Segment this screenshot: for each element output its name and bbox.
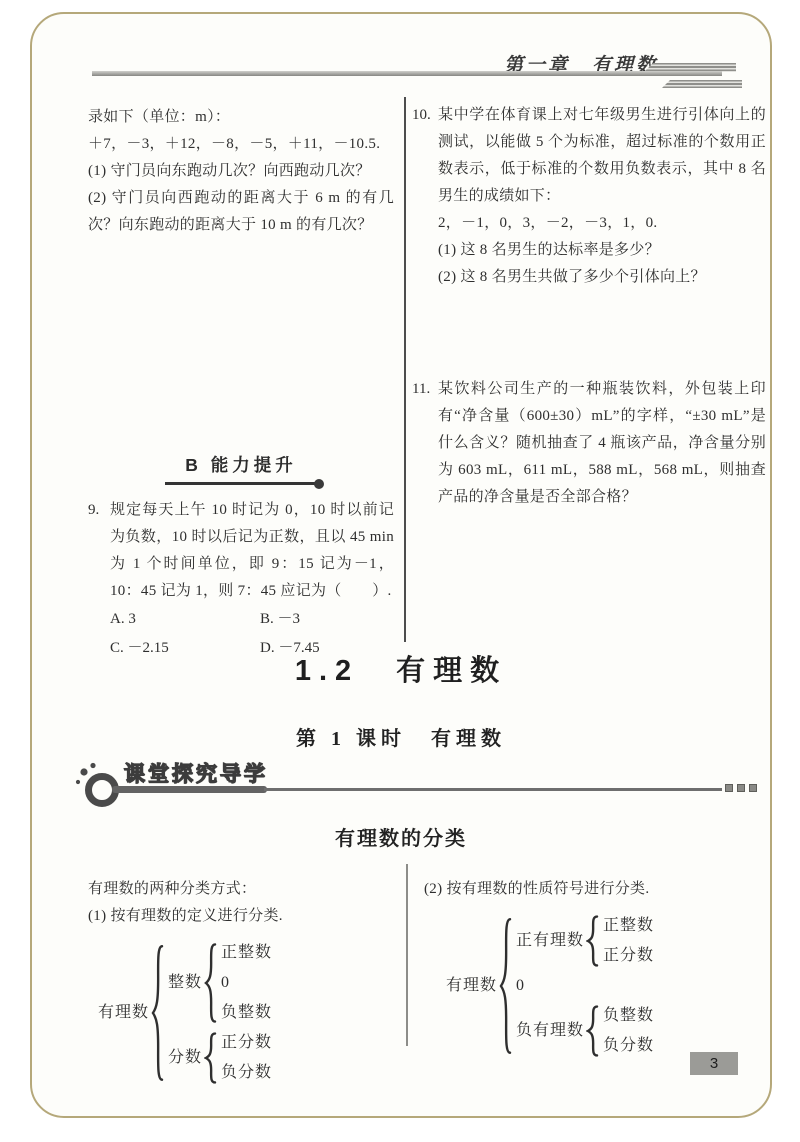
tree-node: 正整数	[603, 911, 654, 941]
tree-children: 负整数负分数	[603, 1001, 654, 1061]
tree-label: 负有理数	[516, 1016, 584, 1046]
tree-children: 正整数0负整数	[221, 938, 272, 1028]
tree-children: 正整数正分数	[603, 911, 654, 971]
tree-label: 正分数	[221, 1028, 272, 1058]
problem-11-text: 某饮料公司生产的一种瓶装饮料，外包装上印有“净含量（600±30）mL”的字样，…	[438, 376, 766, 511]
book-page: 第一章 有理数 录如下（单位：m）： ＋7，－3，＋12，－8，－5，＋11，－…	[30, 12, 772, 1118]
banner-end-squares-icon	[725, 784, 757, 792]
tree-node: 有理数整数正整数0负整数分数正分数负分数	[98, 938, 398, 1088]
problem-9-number: 9.	[88, 497, 110, 663]
lesson-title: 第 1 课时 有理数	[32, 722, 770, 751]
tree-node: 0	[221, 968, 272, 998]
tree-node: 负整数	[603, 1001, 654, 1031]
header-hatch-decoration-2	[662, 80, 742, 88]
tree-node: 正整数	[221, 938, 272, 968]
brace-icon	[586, 1005, 599, 1057]
problem-11-number: 11.	[412, 376, 438, 511]
square-icon	[725, 784, 733, 792]
tree-label: 有理数	[98, 998, 149, 1028]
section-b-heading: B 能力提升	[165, 452, 317, 485]
problem-9-text: 规定每天上午 10 时记为 0，10 时以前记为负数，10 时以后记为正数，且以…	[110, 497, 394, 605]
brace-icon	[151, 942, 164, 1084]
tree-node: 有理数正有理数正整数正分数0负有理数负整数负分数	[446, 911, 764, 1061]
tree-label: 分数	[168, 1043, 202, 1073]
problem-10-text: 某中学在体育课上对七年级男生进行引体向上的测试，以能做 5 个为标准，超过标准的…	[438, 102, 766, 210]
classification-intro: 有理数的两种分类方式：	[88, 876, 398, 903]
exercise-continuation-text: 录如下（单位：m）： ＋7，－3，＋12，－8，－5，＋11，－10.5. (1…	[88, 104, 394, 239]
tree-node: 负分数	[221, 1058, 272, 1088]
problem-11: 11. 某饮料公司生产的一种瓶装饮料，外包装上印有“净含量（600±30）mL”…	[412, 376, 766, 511]
brace-icon	[204, 1032, 217, 1084]
brace-icon	[499, 915, 512, 1057]
banner-title: 课堂探究导学	[124, 758, 268, 788]
problem-9: 9. 规定每天上午 10 时记为 0，10 时以前记为负数，10 时以后记为正数…	[88, 497, 394, 663]
tree-label: 负整数	[221, 998, 272, 1028]
tree-node: 负分数	[603, 1031, 654, 1061]
section-b-ability: B 能力提升 9. 规定每天上午 10 时记为 0，10 时以前记为负数，10 …	[88, 452, 394, 663]
tree-children: 正分数负分数	[221, 1028, 272, 1088]
classification-tree-by-sign: 有理数正有理数正整数正分数0负有理数负整数负分数	[446, 911, 764, 1061]
method-1-label: (1) 按有理数的定义进行分类.	[88, 903, 398, 930]
tree-label: 正整数	[603, 911, 654, 941]
section-b-heading-label: B 能力提升	[185, 455, 297, 475]
tree-label: 负整数	[603, 1001, 654, 1031]
tree-node: 正分数	[221, 1028, 272, 1058]
tree-label: 正有理数	[516, 926, 584, 956]
square-icon	[749, 784, 757, 792]
topic-heading: 有理数的分类	[32, 822, 770, 851]
tree-label: 负分数	[221, 1058, 272, 1088]
tree-children: 整数正整数0负整数分数正分数负分数	[168, 938, 272, 1088]
tree-label: 正分数	[603, 941, 654, 971]
option-b: B. －3	[260, 605, 394, 634]
section-b-heading-wrap: B 能力提升	[88, 452, 394, 485]
tree-label: 整数	[168, 968, 202, 998]
tree-node: 正分数	[603, 941, 654, 971]
tree-children: 正有理数正整数正分数0负有理数负整数负分数	[516, 911, 654, 1061]
tree-label: 0	[516, 971, 525, 1001]
brace-icon	[204, 942, 217, 1024]
brace-icon	[586, 915, 599, 967]
tree-node: 0	[516, 971, 654, 1001]
column-divider-bottom	[406, 864, 408, 1046]
underline-dot-icon	[314, 479, 324, 489]
section-title: 1.2 有理数	[32, 648, 770, 689]
problem-10: 10. 某中学在体育课上对七年级男生进行引体向上的测试，以能做 5 个为标准，超…	[412, 102, 766, 291]
square-icon	[737, 784, 745, 792]
problem-10-questions: (1) 这 8 名男生的达标率是多少？ (2) 这 8 名男生共做了多少个引体向…	[438, 237, 766, 291]
tree-label: 有理数	[446, 971, 497, 1001]
tree-node: 整数正整数0负整数	[168, 938, 272, 1028]
column-divider	[404, 97, 406, 642]
page-number: 3	[690, 1052, 738, 1075]
banner-rule	[264, 788, 722, 791]
method-2-label: (2) 按有理数的性质符号进行分类.	[424, 876, 764, 903]
tree-label: 0	[221, 968, 230, 998]
option-a: A. 3	[110, 605, 260, 634]
tree-node: 负整数	[221, 998, 272, 1028]
tree-node: 正有理数正整数正分数	[516, 911, 654, 971]
problem-10-number: 10.	[412, 102, 438, 291]
classification-method-1: 有理数的两种分类方式： (1) 按有理数的定义进行分类. 有理数整数正整数0负整…	[88, 876, 398, 1088]
classification-method-2: (2) 按有理数的性质符号进行分类. 有理数正有理数正整数正分数0负有理数负整数…	[424, 876, 764, 1061]
tree-node: 负有理数负整数负分数	[516, 1001, 654, 1061]
tree-label: 负分数	[603, 1031, 654, 1061]
header-rule	[92, 71, 722, 76]
classification-tree-by-definition: 有理数整数正整数0负整数分数正分数负分数	[98, 938, 398, 1088]
problem-10-data-line: 2，－1，0，3，－2，－3，1，0.	[438, 210, 766, 237]
tree-node: 分数正分数负分数	[168, 1028, 272, 1088]
classroom-exploration-banner: 课堂探究导学	[72, 756, 764, 808]
tree-label: 正整数	[221, 938, 272, 968]
